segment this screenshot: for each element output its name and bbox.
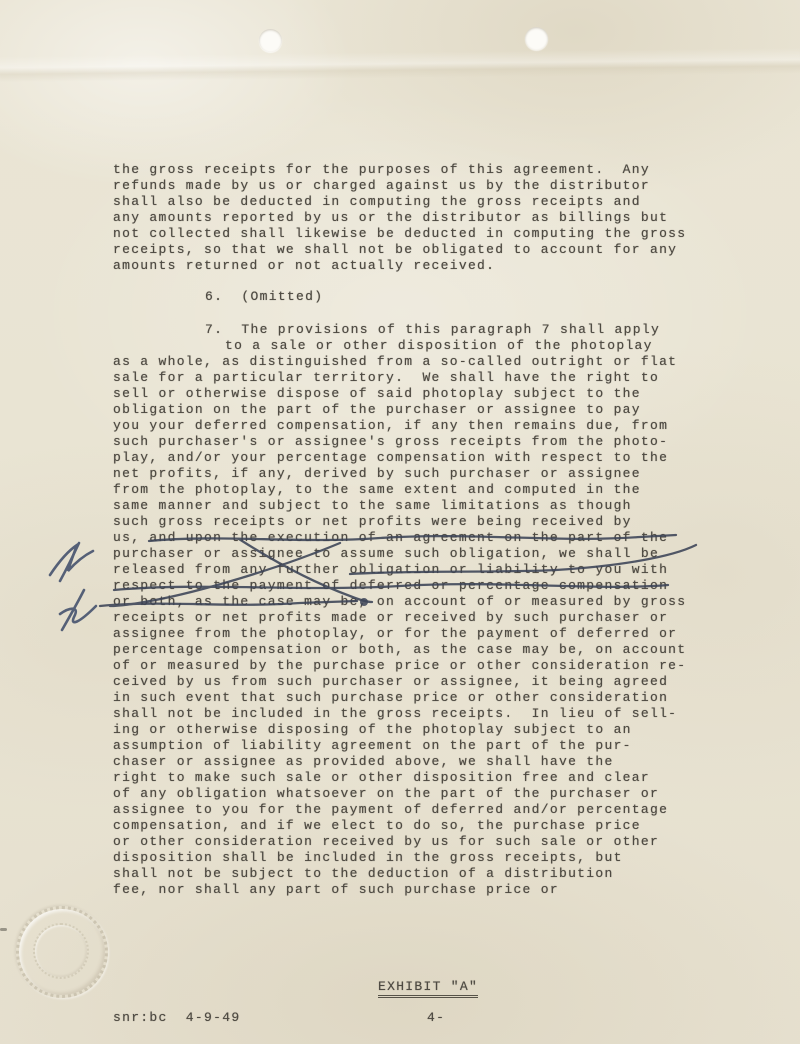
text-line: the gross receipts for the purposes of t…: [113, 162, 713, 178]
paper-edge-mark: [0, 928, 7, 931]
text-line: sale for a particular territory. We shal…: [113, 370, 713, 386]
text-line: right to make such sale or other disposi…: [113, 770, 713, 786]
text-line: released from any further obligation or …: [113, 562, 713, 578]
text-line: assignee from the photoplay, or for the …: [113, 626, 713, 642]
paragraph-gross-receipts: the gross receipts for the purposes of t…: [113, 162, 713, 274]
punch-hole-left: [259, 29, 282, 52]
text-line: such gross receipts or net profits were …: [113, 514, 713, 530]
text-line: compensation, and if we elect to do so, …: [113, 818, 713, 834]
text-line: us, and upon the execution of an agreeme…: [113, 530, 713, 546]
text-line: assumption of liability agreement on the…: [113, 738, 713, 754]
text-line: as a whole, as distinguished from a so-c…: [113, 354, 713, 370]
exhibit-label: EXHIBIT "A": [378, 979, 478, 998]
scanned-document: { "document": { "kind": "typewritten leg…: [0, 0, 800, 1044]
punch-hole-right: [525, 27, 548, 50]
text-line: play, and/or your percentage compensatio…: [113, 450, 713, 466]
text-line: same manner and subject to the same limi…: [113, 498, 713, 514]
text-line: receipts or net profits made or received…: [113, 610, 713, 626]
text-line: purchaser or assignee to assume such obl…: [113, 546, 713, 562]
text-line: 6. (Omitted): [113, 289, 713, 305]
text-line: obligation on the part of the purchaser …: [113, 402, 713, 418]
text-line: ing or otherwise disposing of the photop…: [113, 722, 713, 738]
text-line: percentage compensation or both, as the …: [113, 642, 713, 658]
text-line: shall also be deducted in computing the …: [113, 194, 713, 210]
text-line: you your deferred compensation, if any t…: [113, 418, 713, 434]
text-line: in such event that such purchase price o…: [113, 690, 713, 706]
text-line: of or measured by the purchase price or …: [113, 658, 713, 674]
text-line: sell or otherwise dispose of said photop…: [113, 386, 713, 402]
text-line: assignee to you for the payment of defer…: [113, 802, 713, 818]
text-line: disposition shall be included in the gro…: [113, 850, 713, 866]
embossed-seal: [16, 906, 108, 998]
text-line: 7. The provisions of this paragraph 7 sh…: [113, 322, 713, 338]
text-line: from the photoplay, to the same extent a…: [113, 482, 713, 498]
text-line: refunds made by us or charged against us…: [113, 178, 713, 194]
reference-date-line: snr:bc 4-9-49: [113, 1010, 240, 1025]
embossed-seal-inner-ring: [33, 923, 89, 979]
text-line: or both, as the case may be, on account …: [113, 594, 713, 610]
text-line: shall not be subject to the deduction of…: [113, 866, 713, 882]
text-line: respect to the payment of deferred or pe…: [113, 578, 713, 594]
text-line: not collected shall likewise be deducted…: [113, 226, 713, 242]
text-line: or other consideration received by us fo…: [113, 834, 713, 850]
text-line: to a sale or other disposition of the ph…: [113, 338, 713, 354]
clause-7-body: as a whole, as distinguished from a so-c…: [113, 354, 713, 898]
text-line: fee, nor shall any part of such purchase…: [113, 882, 713, 898]
text-line: ceived by us from such purchaser or assi…: [113, 674, 713, 690]
text-line: any amounts reported by us or the distri…: [113, 210, 713, 226]
text-line: shall not be included in the gross recei…: [113, 706, 713, 722]
page-number: 4-: [427, 1010, 445, 1025]
text-line: of any obligation whatsoever on the part…: [113, 786, 713, 802]
text-line: amounts returned or not actually receive…: [113, 258, 713, 274]
text-line: chaser or assignee as provided above, we…: [113, 754, 713, 770]
clause-6-omitted: 6. (Omitted): [113, 289, 713, 305]
clause-7-intro: 7. The provisions of this paragraph 7 sh…: [113, 322, 713, 354]
text-line: such purchaser's or assignee's gross rec…: [113, 434, 713, 450]
text-line: receipts, so that we shall not be obliga…: [113, 242, 713, 258]
text-line: net profits, if any, derived by such pur…: [113, 466, 713, 482]
